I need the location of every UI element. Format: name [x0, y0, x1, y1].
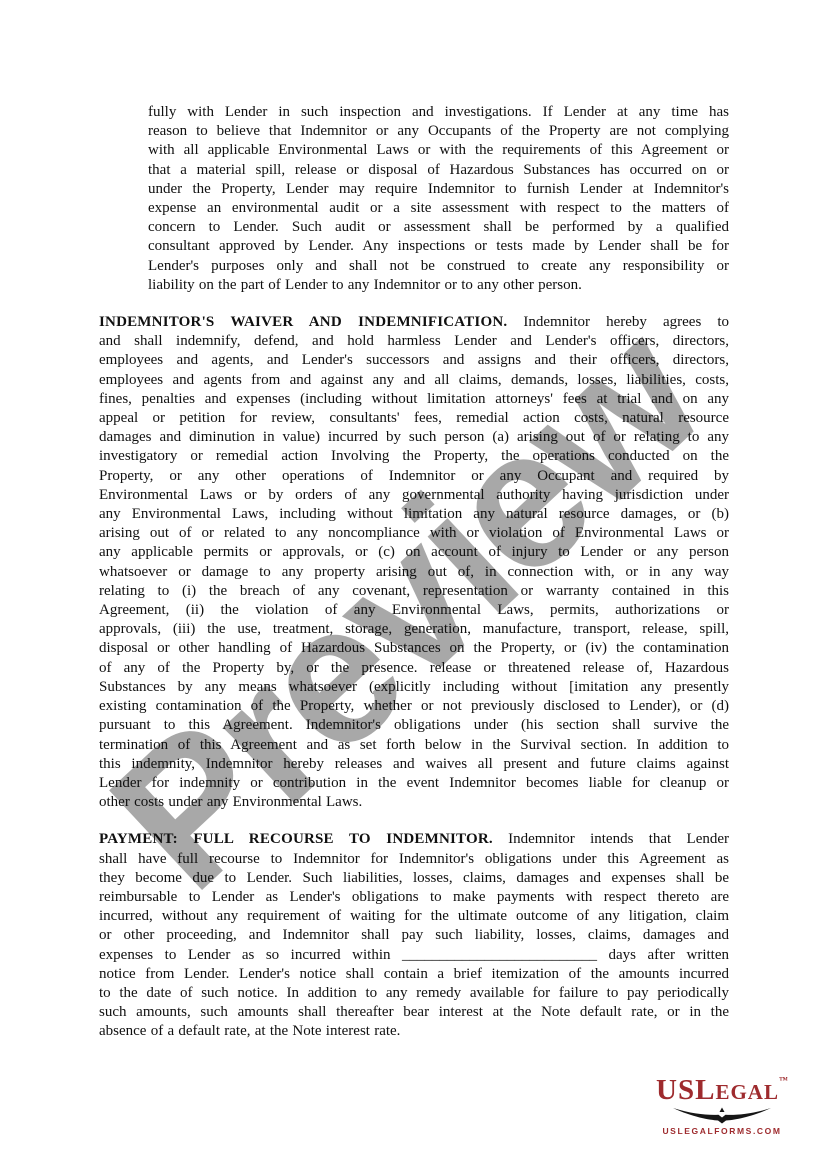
text-run: Indemnitor intends that Lender: [508, 831, 729, 847]
text-line: termination of this Agreement and as set…: [99, 736, 729, 755]
text-line: such amounts, such amounts shall thereaf…: [99, 1003, 729, 1022]
text-line: approvals, (iii) the use, treatment, sto…: [99, 620, 729, 639]
text-line: under the Property, Lender may require I…: [148, 180, 729, 199]
text-line: INDEMNITOR'S WAIVER AND INDEMNIFICATION.…: [99, 313, 729, 332]
text-line: and shall indemnify, defend, and hold ha…: [99, 332, 729, 351]
text-line: any Environmental Laws, including withou…: [99, 505, 729, 524]
text-line: with all applicable Environmental Laws o…: [148, 141, 729, 160]
text-line: appeal or petition for review, consultan…: [99, 409, 729, 428]
section-heading-indemnitors-waiver: INDEMNITOR'S WAIVER AND INDEMNIFICATION.: [99, 314, 507, 330]
text-line: any applicable permits or approvals, or …: [99, 543, 729, 562]
text-line: Environmental Laws or by orders of any g…: [99, 486, 729, 505]
uslegal-wordmark: USLEGAL™: [647, 1076, 797, 1105]
text-line: employees and agents from and against an…: [99, 371, 729, 390]
text-line: consultant approved by Lender. Any inspe…: [148, 237, 729, 256]
text-line: reason to believe that Indemnitor or any…: [148, 122, 729, 141]
text-line: fully with Lender in such inspection and…: [148, 103, 729, 122]
text-line: they become due to Lender. Such liabilit…: [99, 869, 729, 888]
text-line: other costs under any Environmental Laws…: [99, 793, 729, 812]
text-line: Lender for indemnity or contribution in …: [99, 774, 729, 793]
text-line: pursuant to this Agreement. Indemnitor's…: [99, 716, 729, 735]
brand-prefix: USL: [656, 1074, 715, 1106]
text-line: damages and diminution in value) incurre…: [99, 428, 729, 447]
text-line: Agreement, (ii) the violation of any Env…: [99, 601, 729, 620]
paragraph-payment-full-recourse: PAYMENT: FULL RECOURSE TO INDEMNITOR. In…: [99, 830, 729, 1041]
text-line: employees and agents, and Lender's succe…: [99, 351, 729, 370]
text-line: disposal or other handling of Hazardous …: [99, 639, 729, 658]
text-line: that a material spill, release or dispos…: [148, 161, 729, 180]
text-line: reimbursable to Lender as Lender's oblig…: [99, 888, 729, 907]
text-line: expense an environmental audit or a site…: [148, 199, 729, 218]
text-line: this indemnity, Indemnitor hereby releas…: [99, 755, 729, 774]
text-line: Substances by any means whatsoever (expl…: [99, 678, 729, 697]
text-line: or other proceeding, and Indemnitor shal…: [99, 926, 729, 945]
eagle-icon: [647, 1107, 797, 1124]
text-line: existing contamination of the Property, …: [99, 697, 729, 716]
text-line: liability on the part of Lender to any I…: [148, 276, 729, 295]
text-line: of any of the Property by, or the presen…: [99, 659, 729, 678]
document-body: fully with Lender in such inspection and…: [99, 103, 729, 1042]
text-line: concern to Lender. Such audit or assessm…: [148, 218, 729, 237]
text-line: shall have full recourse to Indemnitor f…: [99, 850, 729, 869]
text-line: relating to (i) the breach of any covena…: [99, 582, 729, 601]
text-line: arising out of or related to any noncomp…: [99, 524, 729, 543]
text-run: Indemnitor hereby agrees to: [523, 314, 729, 330]
paragraph-inspection-clause: fully with Lender in such inspection and…: [148, 103, 729, 295]
text-line: Lender's purposes only and shall not be …: [148, 257, 729, 276]
text-line: absence of a default rate, at the Note i…: [99, 1022, 729, 1041]
text-line: to the date of such notice. In addition …: [99, 984, 729, 1003]
text-line: expenses to Lender as so incurred within…: [99, 946, 729, 965]
text-line: notice from Lender. Lender's notice shal…: [99, 965, 729, 984]
paragraph-indemnitors-waiver: INDEMNITOR'S WAIVER AND INDEMNIFICATION.…: [99, 313, 729, 812]
text-line: PAYMENT: FULL RECOURSE TO INDEMNITOR. In…: [99, 830, 729, 849]
section-heading-payment: PAYMENT: FULL RECOURSE TO INDEMNITOR.: [99, 831, 493, 847]
brand-suffix: EGAL: [715, 1080, 779, 1104]
uslegalforms-url: USLEGALFORMS.COM: [647, 1126, 797, 1136]
text-line: incurred, without any requirement of wai…: [99, 907, 729, 926]
text-line: fines, penalties and expenses (including…: [99, 390, 729, 409]
uslegal-logo: USLEGAL™ USLEGALFORMS.COM: [647, 1076, 797, 1136]
text-line: investigatory or remedial action Involvi…: [99, 447, 729, 466]
trademark-symbol: ™: [779, 1075, 788, 1085]
document-page: Preview fully with Lender in such inspec…: [0, 0, 827, 1169]
text-line: Property, or any other operations of Ind…: [99, 467, 729, 486]
text-line: whatsoever or damage to any property ari…: [99, 563, 729, 582]
